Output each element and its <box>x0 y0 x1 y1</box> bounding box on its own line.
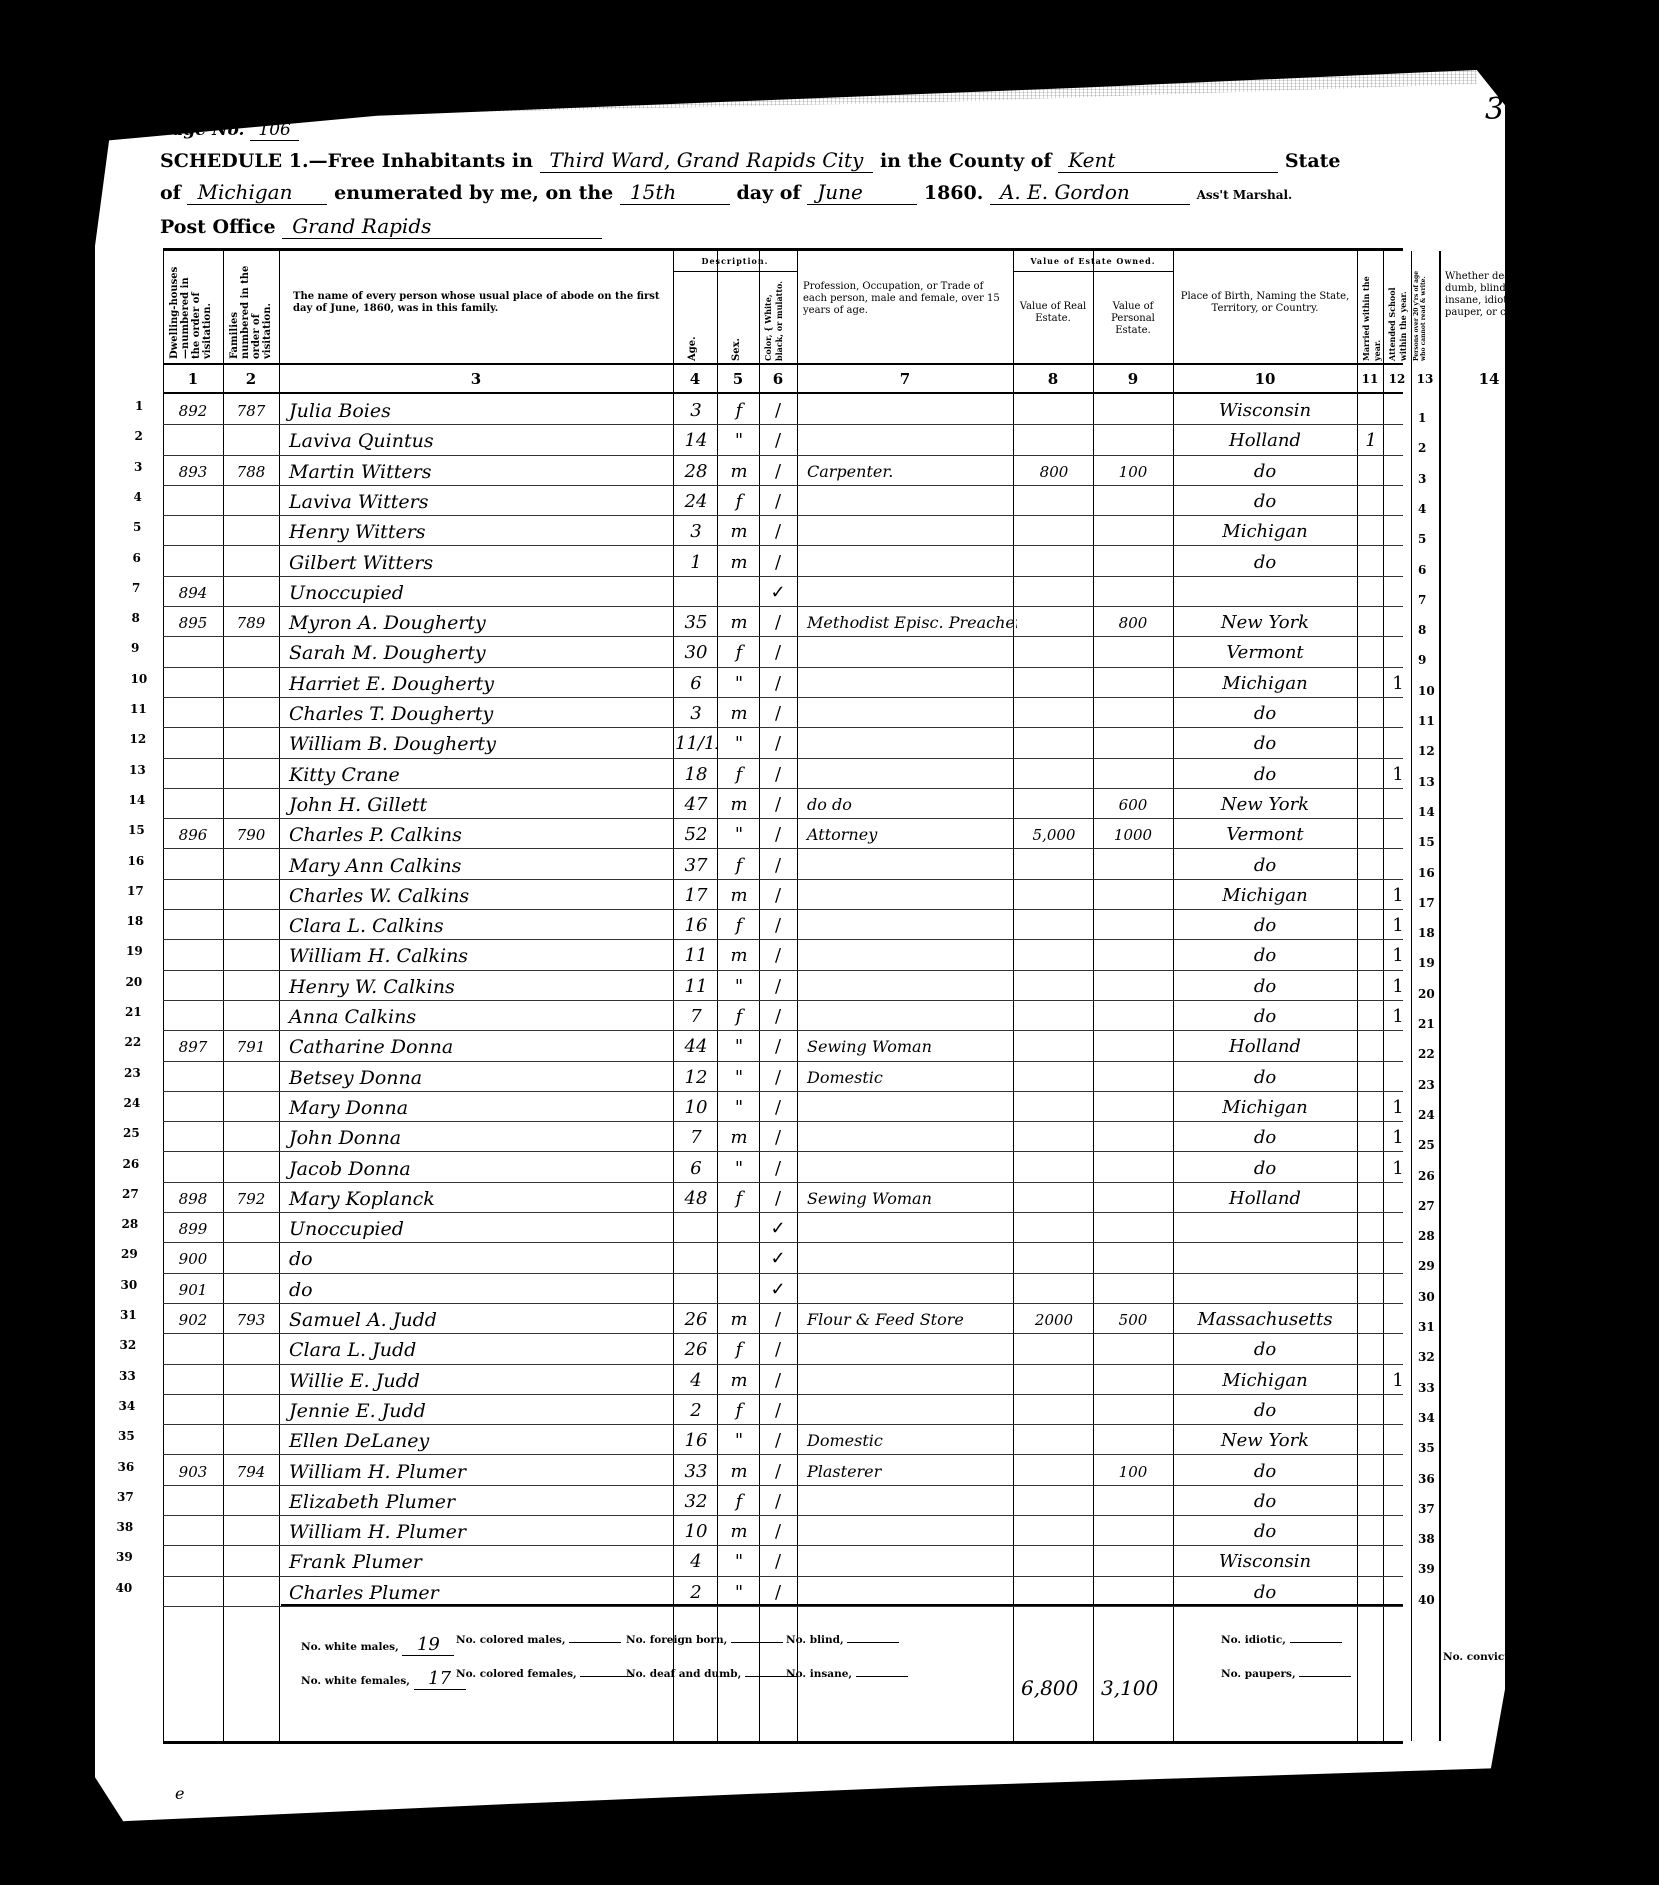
person-name: William H. Calkins <box>281 939 679 969</box>
summary-footer: No. white males, 19 No. white females, 1… <box>281 1604 1403 1743</box>
personal-estate-value <box>1095 1212 1171 1242</box>
married-mark <box>1359 909 1383 939</box>
color-mark: / <box>761 697 795 727</box>
personal-estate-value <box>1095 879 1171 909</box>
line-number-left: 3 <box>134 460 142 474</box>
person-name: Harriet E. Dougherty <box>281 667 679 697</box>
school-mark: 1 <box>1385 970 1411 1000</box>
dwelling-number <box>163 1333 223 1363</box>
person-name: Myron A. Dougherty <box>281 606 679 636</box>
occupation: Domestic <box>799 1061 1017 1091</box>
sex: " <box>719 1424 759 1454</box>
sex: m <box>719 606 759 636</box>
birthplace: do <box>1175 546 1355 576</box>
family-number: 792 <box>225 1182 277 1212</box>
dwelling-number <box>163 727 223 757</box>
color-mark: / <box>761 485 795 515</box>
married-mark <box>1359 546 1383 576</box>
color-mark: / <box>761 788 795 818</box>
personal-estate-value <box>1095 1121 1171 1151</box>
table-row: Jacob Donna 6 " / do 1 <box>163 1152 1403 1183</box>
occupation <box>799 1364 1017 1394</box>
line-number-left: 23 <box>124 1066 141 1080</box>
birthplace: New York <box>1175 788 1355 818</box>
line-number-right: 35 <box>1418 1441 1435 1455</box>
dwelling-number <box>163 697 223 727</box>
deaf-dumb-label: No. deaf and dumb, <box>626 1668 741 1680</box>
sex: f <box>719 1000 759 1030</box>
birthplace: Michigan <box>1175 667 1355 697</box>
table-row: 895 789 Myron A. Dougherty 35 m / Method… <box>163 606 1403 637</box>
personal-estate-value <box>1095 1545 1171 1575</box>
person-name: Jennie E. Judd <box>281 1394 679 1424</box>
page-number-value: 106 <box>250 120 298 141</box>
real-estate-value <box>1015 727 1093 757</box>
school-mark <box>1385 1030 1411 1060</box>
line-number-left: 13 <box>129 763 146 777</box>
age: 35 <box>675 606 717 636</box>
line-number-right: 16 <box>1418 866 1435 880</box>
idiotic-value <box>1290 1642 1342 1643</box>
sex: m <box>719 1455 759 1485</box>
married-mark <box>1359 1303 1383 1333</box>
sex: " <box>719 1545 759 1575</box>
person-name: Gilbert Witters <box>281 546 679 576</box>
sex: " <box>719 818 759 848</box>
family-number <box>225 788 277 818</box>
school-mark: 1 <box>1385 758 1411 788</box>
line-number-left: 20 <box>126 975 143 989</box>
occupation <box>799 1515 1017 1545</box>
paupers-label: No. paupers, <box>1221 1668 1296 1680</box>
line-number-right: 1 <box>1418 411 1426 425</box>
age: 3 <box>675 697 717 727</box>
married-mark <box>1359 1455 1383 1485</box>
convicts-label: No. convicts, <box>1443 1651 1519 1663</box>
color-mark: / <box>761 1030 795 1060</box>
col-header-occupation: Profession, Occupation, or Trade of each… <box>803 281 1007 317</box>
table-row: Clara L. Calkins 16 f / do 1 <box>163 909 1403 940</box>
sex: f <box>719 485 759 515</box>
real-estate-value <box>1015 1576 1093 1606</box>
birthplace: New York <box>1175 1424 1355 1454</box>
col-number: 8 <box>1013 366 1093 392</box>
birthplace: do <box>1175 970 1355 1000</box>
color-mark: / <box>761 1303 795 1333</box>
schedule-title-line: SCHEDULE 1.—Free Inhabitants in Third Wa… <box>160 148 1341 173</box>
personal-estate-value <box>1095 1424 1171 1454</box>
sex: f <box>719 909 759 939</box>
real-estate-value <box>1015 1364 1093 1394</box>
personal-estate-value <box>1095 1242 1171 1272</box>
school-mark <box>1385 636 1411 666</box>
school-mark <box>1385 1545 1411 1575</box>
line-number-left: 17 <box>127 884 144 898</box>
col-group-description: Description. <box>675 255 795 267</box>
sex: m <box>719 879 759 909</box>
color-mark: / <box>761 1485 795 1515</box>
school-mark <box>1385 606 1411 636</box>
occupation <box>799 576 1017 606</box>
person-name: Clara L. Judd <box>281 1333 679 1363</box>
day-value: 15th <box>620 180 730 205</box>
married-mark <box>1359 1242 1383 1272</box>
post-office-value: Grand Rapids <box>282 214 602 239</box>
family-number <box>225 879 277 909</box>
col-header-family: Families numbered in the order of visita… <box>229 259 273 359</box>
dwelling-number: 899 <box>163 1212 223 1242</box>
age: 7 <box>675 1000 717 1030</box>
line-number-left: 39 <box>116 1550 133 1564</box>
person-name: William H. Plumer <box>281 1455 679 1485</box>
age: 4 <box>675 1364 717 1394</box>
color-mark: / <box>761 818 795 848</box>
family-number: 794 <box>225 1455 277 1485</box>
real-estate-value <box>1015 1152 1093 1182</box>
color-mark: / <box>761 1394 795 1424</box>
line-number-right: 10 <box>1418 684 1435 698</box>
age <box>675 1242 717 1272</box>
birthplace: do <box>1175 697 1355 727</box>
line-number-left: 16 <box>128 854 145 868</box>
person-name: John Donna <box>281 1121 679 1151</box>
color-mark: / <box>761 1364 795 1394</box>
age: 30 <box>675 636 717 666</box>
married-mark: 1 <box>1359 424 1383 454</box>
sex: " <box>719 727 759 757</box>
age: 14 <box>675 424 717 454</box>
married-mark <box>1359 576 1383 606</box>
occupation: Sewing Woman <box>799 1030 1017 1060</box>
birthplace: Massachusetts <box>1175 1303 1355 1333</box>
line-number-right: 2 <box>1418 441 1426 455</box>
school-mark <box>1385 1424 1411 1454</box>
school-mark <box>1385 1485 1411 1515</box>
dwelling-number <box>163 1515 223 1545</box>
line-number-right: 19 <box>1418 956 1435 970</box>
family-number: 793 <box>225 1303 277 1333</box>
school-mark: 1 <box>1385 667 1411 697</box>
color-mark: / <box>761 1424 795 1454</box>
occupation <box>799 1212 1017 1242</box>
school-mark <box>1385 1394 1411 1424</box>
col-header-sex: Sex. <box>731 321 742 361</box>
age: 24 <box>675 485 717 515</box>
occupation <box>799 636 1017 666</box>
school-mark <box>1385 1333 1411 1363</box>
school-mark <box>1385 727 1411 757</box>
year-value: 1860. <box>924 182 984 204</box>
color-mark: ✓ <box>761 1242 795 1272</box>
personal-estate-value <box>1095 939 1171 969</box>
personal-estate-value <box>1095 424 1171 454</box>
real-estate-value <box>1015 515 1093 545</box>
real-estate-value <box>1015 424 1093 454</box>
real-estate-value <box>1015 606 1093 636</box>
table-row: 898 792 Mary Koplanck 48 f / Sewing Woma… <box>163 1182 1403 1213</box>
col-header-birthplace: Place of Birth, Naming the State, Territ… <box>1177 291 1353 315</box>
occupation <box>799 667 1017 697</box>
personal-estate-value <box>1095 849 1171 879</box>
color-mark: / <box>761 879 795 909</box>
line-number-left: 21 <box>125 1005 142 1019</box>
school-mark <box>1385 576 1411 606</box>
personal-estate-value <box>1095 727 1171 757</box>
school-mark <box>1385 515 1411 545</box>
school-mark <box>1385 818 1411 848</box>
occupation <box>799 879 1017 909</box>
real-estate-value <box>1015 1061 1093 1091</box>
line-number-right: 7 <box>1418 593 1426 607</box>
married-mark <box>1359 636 1383 666</box>
foreign-born-label: No. foreign born, <box>626 1634 727 1646</box>
person-name: do <box>281 1273 679 1303</box>
dwelling-number: 903 <box>163 1455 223 1485</box>
age: 26 <box>675 1333 717 1363</box>
sex: m <box>719 1121 759 1151</box>
occupation <box>799 1576 1017 1606</box>
color-mark: / <box>761 970 795 1000</box>
personal-estate-value: 1000 <box>1095 818 1171 848</box>
family-number <box>225 758 277 788</box>
school-mark <box>1385 1242 1411 1272</box>
day-of-label: day of <box>737 182 801 204</box>
personal-estate-value <box>1095 576 1171 606</box>
line-number-left: 22 <box>125 1035 142 1049</box>
sex: " <box>719 424 759 454</box>
dwelling-number <box>163 667 223 697</box>
family-number <box>225 1242 277 1272</box>
family-number: 787 <box>225 394 277 424</box>
real-estate-value <box>1015 1485 1093 1515</box>
personal-estate-value <box>1095 485 1171 515</box>
family-number <box>225 970 277 1000</box>
occupation <box>799 970 1017 1000</box>
sex: m <box>719 1364 759 1394</box>
color-mark: / <box>761 606 795 636</box>
colored-males-label: No. colored males, <box>456 1634 565 1646</box>
dwelling-number: 901 <box>163 1273 223 1303</box>
person-name: Laviva Quintus <box>281 424 679 454</box>
state-value: Michigan <box>187 180 327 205</box>
col-number: 4 <box>673 366 717 392</box>
table-row: Anna Calkins 7 f / do 1 <box>163 1000 1403 1031</box>
family-number <box>225 1273 277 1303</box>
line-number-left: 28 <box>122 1217 139 1231</box>
line-number-left: 11 <box>130 702 147 716</box>
school-mark <box>1385 1515 1411 1545</box>
family-number <box>225 636 277 666</box>
occupation <box>799 849 1017 879</box>
table-row: Ellen DeLaney 16 " / Domestic New York <box>163 1424 1403 1455</box>
occupation: Sewing Woman <box>799 1182 1017 1212</box>
dwelling-number: 898 <box>163 1182 223 1212</box>
married-mark <box>1359 1061 1383 1091</box>
birthplace: New York <box>1175 606 1355 636</box>
table-row: 901 do ✓ <box>163 1273 1403 1304</box>
line-number-right: 37 <box>1418 1502 1435 1516</box>
school-mark <box>1385 1182 1411 1212</box>
age: 2 <box>675 1576 717 1606</box>
real-estate-value: 5,000 <box>1015 818 1093 848</box>
occupation: Carpenter. <box>799 455 1017 485</box>
line-number-left: 32 <box>120 1338 137 1352</box>
married-mark <box>1359 1333 1383 1363</box>
personal-estate-value <box>1095 667 1171 697</box>
birthplace <box>1175 1212 1355 1242</box>
dwelling-number <box>163 515 223 545</box>
table-row: Jennie E. Judd 2 f / do <box>163 1394 1403 1425</box>
line-number-right: 4 <box>1418 502 1426 516</box>
personal-estate-value <box>1095 515 1171 545</box>
married-mark <box>1359 1152 1383 1182</box>
line-number-right: 40 <box>1418 1593 1435 1607</box>
personal-estate-value <box>1095 394 1171 424</box>
color-mark: ✓ <box>761 576 795 606</box>
line-number-left: 37 <box>117 1490 134 1504</box>
school-mark <box>1385 1061 1411 1091</box>
married-mark <box>1359 1182 1383 1212</box>
married-mark <box>1359 818 1383 848</box>
table-row: Charles T. Dougherty 3 m / do <box>163 697 1403 728</box>
color-mark: / <box>761 1576 795 1606</box>
personal-estate-value: 100 <box>1095 455 1171 485</box>
birthplace: Michigan <box>1175 879 1355 909</box>
line-number-left: 8 <box>132 611 140 625</box>
personal-estate-value <box>1095 1576 1171 1606</box>
family-number <box>225 667 277 697</box>
dwelling-number <box>163 1485 223 1515</box>
sex: " <box>719 970 759 1000</box>
birthplace: Holland <box>1175 1182 1355 1212</box>
occupation: do do <box>799 788 1017 818</box>
sex <box>719 1273 759 1303</box>
line-number-right: 30 <box>1418 1290 1435 1304</box>
line-number-right: 33 <box>1418 1381 1435 1395</box>
personal-estate-value <box>1095 1091 1171 1121</box>
col-number: 13 <box>1411 366 1439 392</box>
person-name: Betsey Donna <box>281 1061 679 1091</box>
color-mark: / <box>761 515 795 545</box>
personal-estate-value <box>1095 697 1171 727</box>
real-estate-value <box>1015 1394 1093 1424</box>
col-number: 2 <box>223 366 279 392</box>
married-mark <box>1359 1091 1383 1121</box>
dwelling-number <box>163 849 223 879</box>
line-number-left: 10 <box>131 672 148 686</box>
birthplace: Vermont <box>1175 636 1355 666</box>
occupation <box>799 1242 1017 1272</box>
person-name: Frank Plumer <box>281 1545 679 1575</box>
line-number-left: 19 <box>126 944 143 958</box>
line-number-right: 6 <box>1418 563 1426 577</box>
real-estate-value <box>1015 1424 1093 1454</box>
occupation <box>799 1394 1017 1424</box>
dwelling-number <box>163 1061 223 1091</box>
line-number-right: 3 <box>1418 472 1426 486</box>
col-header-age: Age. <box>687 321 698 361</box>
line-number-right: 5 <box>1418 532 1426 546</box>
line-number-right: 14 <box>1418 805 1435 819</box>
line-number-right: 12 <box>1418 744 1435 758</box>
married-mark <box>1359 394 1383 424</box>
real-estate-value <box>1015 788 1093 818</box>
col-header-personal-estate: Value of Personal Estate. <box>1095 301 1171 337</box>
line-number-left: 7 <box>132 581 140 595</box>
dwelling-number: 893 <box>163 455 223 485</box>
occupation: Flour & Feed Store <box>799 1303 1017 1333</box>
colored-males-field: No. colored males, <box>456 1634 621 1646</box>
table-row: Mary Ann Calkins 37 f / do <box>163 849 1403 880</box>
table-row: Henry W. Calkins 11 " / do 1 <box>163 970 1403 1001</box>
col-header-color: Color, { White, black, or mulatto. <box>763 275 795 361</box>
real-estate-value <box>1015 970 1093 1000</box>
col-number: 14 <box>1439 366 1539 392</box>
colored-females-label: No. colored females, <box>456 1668 577 1680</box>
idiotic-field: No. idiotic, <box>1221 1634 1342 1646</box>
personal-estate-value <box>1095 1030 1171 1060</box>
married-mark <box>1359 515 1383 545</box>
school-mark: 1 <box>1385 1091 1411 1121</box>
line-number-left: 31 <box>120 1308 137 1322</box>
line-number-right: 17 <box>1418 896 1435 910</box>
real-estate-value <box>1015 1121 1093 1151</box>
line-number-right: 34 <box>1418 1411 1435 1425</box>
dwelling-number: 892 <box>163 394 223 424</box>
birthplace: do <box>1175 1515 1355 1545</box>
family-number <box>225 546 277 576</box>
dwelling-number: 897 <box>163 1030 223 1060</box>
occupation <box>799 515 1017 545</box>
school-mark <box>1385 1455 1411 1485</box>
age: 11 <box>675 970 717 1000</box>
real-estate-value <box>1015 546 1093 576</box>
birthplace: do <box>1175 1576 1355 1606</box>
col-header-school: Attended School within the year. <box>1387 257 1409 361</box>
convicts-value <box>1522 1659 1552 1660</box>
table-row: Charles Plumer 2 " / do <box>163 1576 1403 1607</box>
age: 26 <box>675 1303 717 1333</box>
school-mark <box>1385 788 1411 818</box>
color-mark: / <box>761 546 795 576</box>
age: 1 <box>675 546 717 576</box>
occupation <box>799 909 1017 939</box>
personal-estate-value <box>1095 1061 1171 1091</box>
white-males-field: No. white males, 19 <box>301 1634 454 1656</box>
family-number <box>225 849 277 879</box>
birthplace: do <box>1175 939 1355 969</box>
sex: m <box>719 515 759 545</box>
married-mark <box>1359 1000 1383 1030</box>
dwelling-number <box>163 939 223 969</box>
sex: m <box>719 1515 759 1545</box>
sex: f <box>719 394 759 424</box>
person-name: Charles Plumer <box>281 1576 679 1606</box>
table-row: 893 788 Martin Witters 28 m / Carpenter.… <box>163 455 1403 486</box>
color-mark: ✓ <box>761 1273 795 1303</box>
married-mark <box>1359 758 1383 788</box>
table-row: Betsey Donna 12 " / Domestic do <box>163 1061 1403 1092</box>
married-mark <box>1359 1273 1383 1303</box>
age: 12 <box>675 1061 717 1091</box>
dwelling-number <box>163 636 223 666</box>
dwelling-number <box>163 546 223 576</box>
line-number-left: 25 <box>123 1126 140 1140</box>
family-number: 791 <box>225 1030 277 1060</box>
age: 7 <box>675 1121 717 1151</box>
white-females-field: No. white females, 17 <box>301 1668 466 1690</box>
blind-value <box>847 1642 899 1643</box>
